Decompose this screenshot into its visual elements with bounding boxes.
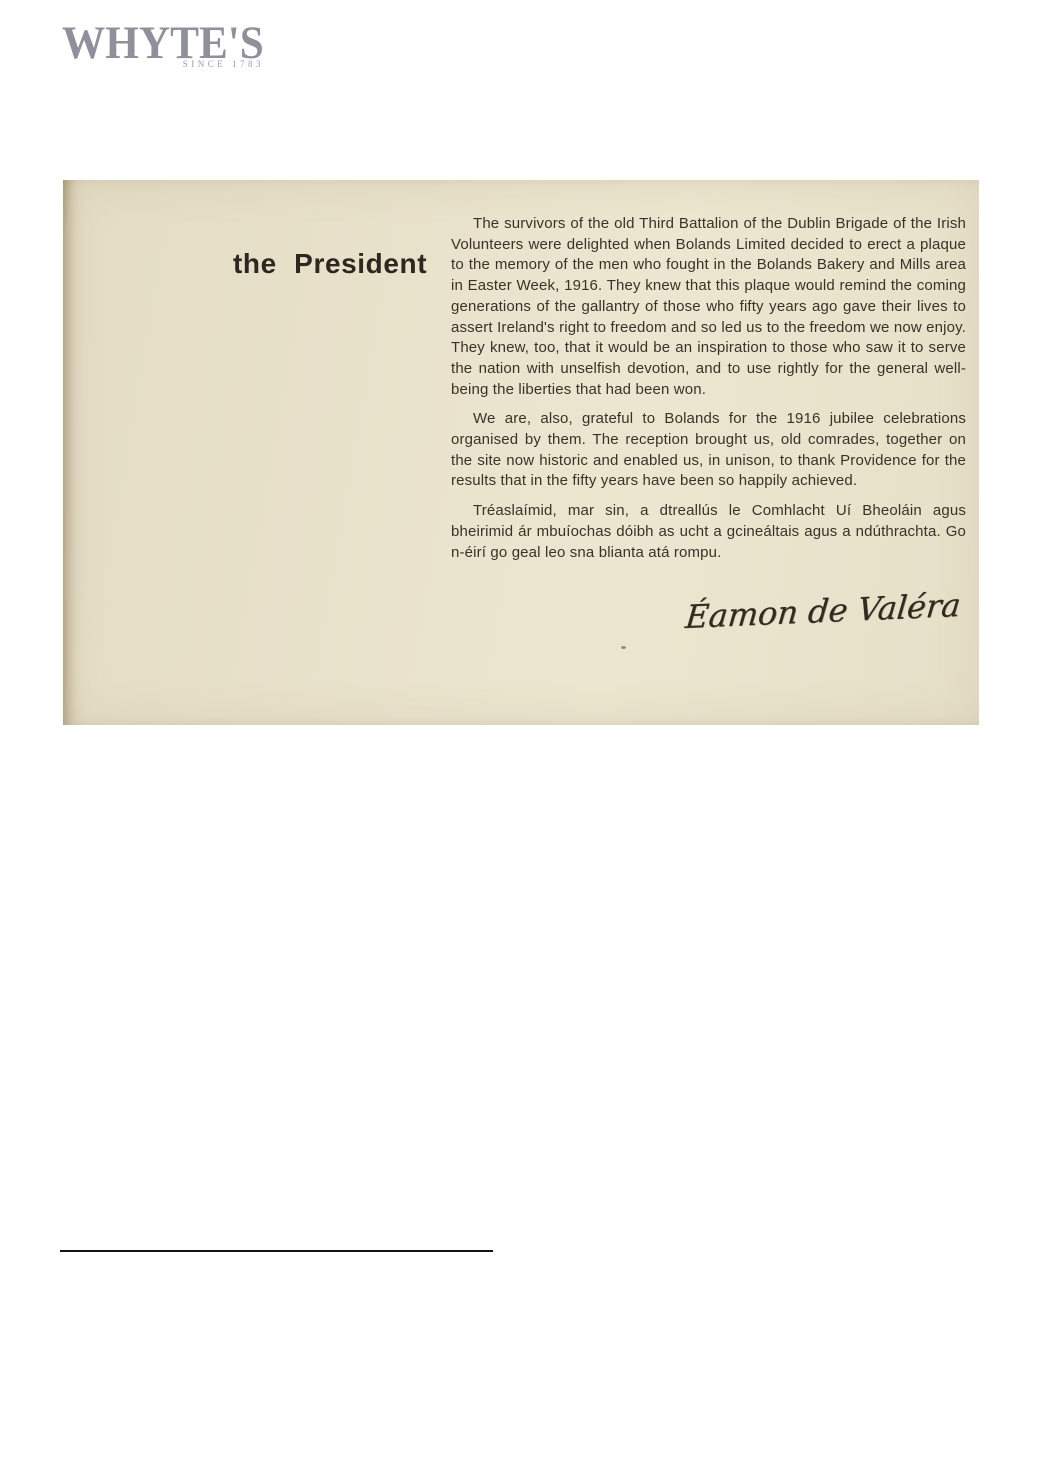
paragraph-english-1: The survivors of the old Third Battalion… <box>451 214 966 400</box>
document-heading: the President <box>233 248 427 280</box>
paragraph-irish: Tréaslaímid, mar sin, a dtreallús le Com… <box>451 501 966 563</box>
whytes-logo: WHYTE'S SINCE 1783 <box>62 18 266 69</box>
paragraph-english-2: We are, also, grateful to Bolands for th… <box>451 409 966 492</box>
signature: Éamon de Valéra <box>656 585 989 638</box>
logo-wordmark: WHYTE'S <box>62 18 250 68</box>
ink-speck <box>621 646 626 649</box>
footnote-rule <box>60 1250 493 1252</box>
document-text-column: The survivors of the old Third Battalion… <box>451 214 966 563</box>
catalogue-page: WHYTE'S SINCE 1783 the President The sur… <box>0 0 1040 1471</box>
document-scan: the President The survivors of the old T… <box>63 180 979 725</box>
